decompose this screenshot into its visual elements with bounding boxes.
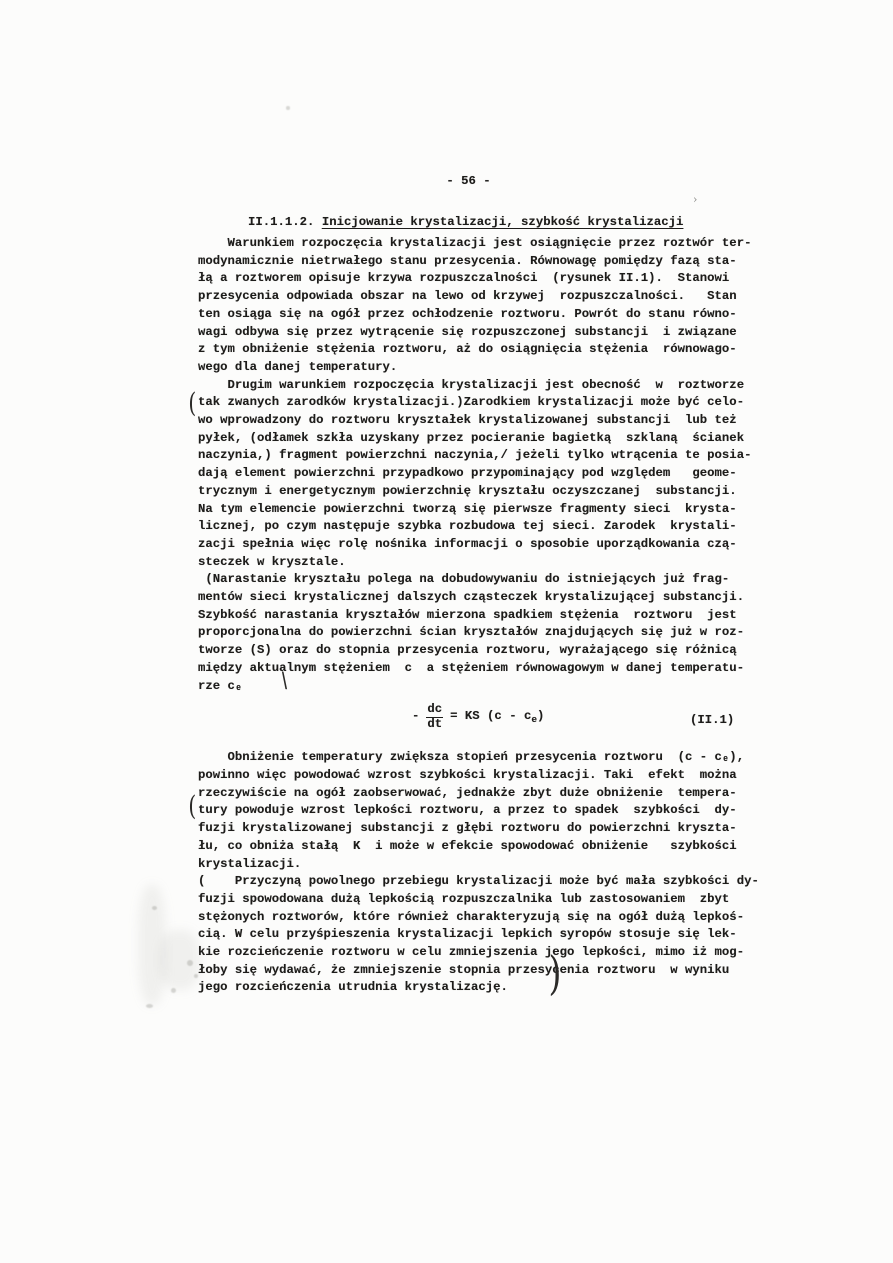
fraction-denominator: dt xyxy=(427,718,442,732)
scan-speck xyxy=(146,1004,153,1008)
text-line: mentów sieci krystalicznej dalszych cząs… xyxy=(198,589,783,607)
equation-minus-sign: - xyxy=(412,708,419,726)
scan-speck xyxy=(286,106,290,110)
text-line: proporcjonalna do powierzchni ścian krys… xyxy=(198,624,783,642)
text-line: wo wprowadzony do roztworu kryształek kr… xyxy=(198,412,783,430)
text-line: łą a roztworem opisuje krzywa rozpuszcza… xyxy=(198,270,783,288)
text-line: tworze (S) oraz do stopnia przesycenia r… xyxy=(198,642,783,660)
text-line: zacji spełnia więc rolę nośnika informac… xyxy=(198,536,783,554)
section-number: II.1.1.2. xyxy=(248,215,314,229)
text-line: Na tym elemencie powierzchni tworzą się … xyxy=(198,501,783,519)
equation-rhs-text: = KS (c - c xyxy=(450,709,531,723)
text-line: rzeczywiście na ogół zaobserwować, jedna… xyxy=(198,785,783,803)
text-line: jego rozcieńczenia utrudnia krystalizacj… xyxy=(198,979,783,997)
equation-formula: - dc dt = KS (c - ce) xyxy=(412,703,544,731)
text-line: modynamicznie nietrwałego stanu przesyce… xyxy=(198,253,783,271)
text-line: stężonych roztworów, które również chara… xyxy=(198,909,783,927)
text-line: cią. W celu przyśpieszenia krystalizacji… xyxy=(198,926,783,944)
text-line: powinno więc powodować wzrost szybkości … xyxy=(198,767,783,785)
handwritten-close-paren-icon: ) xyxy=(549,946,562,1000)
text-line: steczek w krysztale. xyxy=(198,554,783,572)
text-line: Szybkość narastania kryształów mierzona … xyxy=(198,607,783,625)
heading-spacer xyxy=(314,215,321,229)
text-line: ten osiąga się na ogół przez ochłodzenie… xyxy=(198,306,783,324)
equation-close-paren: ) xyxy=(537,709,544,723)
text-line: naczynia,) fragment powierzchni naczynia… xyxy=(198,447,783,465)
equation-block: - dc dt = KS (c - ce) (II.1) xyxy=(198,703,783,737)
text-line: trycznym i energetycznym powierzchnię kr… xyxy=(198,483,783,501)
text-line: tak zwanych zarodków krystalizacji.)Zaro… xyxy=(198,394,783,412)
text-line: licznej, po czym następuje szybka rozbud… xyxy=(198,518,783,536)
text-line: ( Przyczyną powolnego przebiegu krystali… xyxy=(198,873,783,891)
text-line: Obniżenie temperatury zwiększa stopień p… xyxy=(198,749,783,767)
scan-speck xyxy=(187,960,193,966)
equation-rhs: = KS (c - ce) xyxy=(450,708,544,726)
text-line: fuzji spowodowana dużą lepkością rozpusz… xyxy=(198,891,783,909)
scan-speck xyxy=(152,906,157,910)
section-heading: II.1.1.2. Inicjowanie krystalizacji, szy… xyxy=(248,213,783,231)
paragraph-5: ( Przyczyną powolnego przebiegu krystali… xyxy=(198,873,783,997)
equation-fraction: dc dt xyxy=(426,703,443,731)
page-number: - 56 - xyxy=(198,172,783,190)
scan-smudge xyxy=(160,930,200,990)
paragraph-4: Obniżenie temperatury zwiększa stopień p… xyxy=(198,749,783,873)
handwritten-open-paren-icon: ( xyxy=(188,791,196,822)
equation-label: (II.1) xyxy=(690,712,734,730)
scan-speck xyxy=(171,988,176,993)
scan-stray-mark-icon: › xyxy=(693,193,697,206)
text-line: (Narastanie kryształu polega na dobudowy… xyxy=(198,571,783,589)
text-line: przesycenia odpowiada obszar na lewo od … xyxy=(198,288,783,306)
text-line: kie rozcieńczenie roztworu w celu zmniej… xyxy=(198,944,783,962)
text-line: krystalizacji. xyxy=(198,856,783,874)
fraction-numerator: dc xyxy=(426,703,443,718)
paragraph-1: Warunkiem rozpoczęcia krystalizacji jest… xyxy=(198,235,783,377)
text-column: - 56 - II.1.1.2. Inicjowanie krystalizac… xyxy=(198,172,783,997)
text-line: łoby się wydawać, że zmniejszenie stopni… xyxy=(198,962,783,980)
text-line: Drugim warunkiem rozpoczęcia krystalizac… xyxy=(198,377,783,395)
text-line: z tym obniżenie stężenia roztworu, aż do… xyxy=(198,341,783,359)
text-line: Warunkiem rozpoczęcia krystalizacji jest… xyxy=(198,235,783,253)
section-title: Inicjowanie krystalizacji, szybkość krys… xyxy=(322,215,684,229)
text-line: dają element powierzchni przypadkowo prz… xyxy=(198,465,783,483)
text-line: wego dla danej temperatury. xyxy=(198,359,783,377)
scanned-document-page: - 56 - II.1.1.2. Inicjowanie krystalizac… xyxy=(0,0,893,1263)
text-line: łu, co obniża stałą K i może w efekcie s… xyxy=(198,838,783,856)
scan-speck xyxy=(194,974,198,978)
text-line: wagi odbywa się przez wytrącenie się roz… xyxy=(198,324,783,342)
handwritten-open-paren-icon: ( xyxy=(188,388,196,419)
text-line: pyłek, (odłamek szkła uzyskany przez poc… xyxy=(198,430,783,448)
text-line: fuzji krystalizowanej substancji z głębi… xyxy=(198,820,783,838)
text-line: tury powoduje wzrost lepkości roztworu, … xyxy=(198,802,783,820)
paragraph-2: Drugim warunkiem rozpoczęcia krystalizac… xyxy=(198,377,783,572)
